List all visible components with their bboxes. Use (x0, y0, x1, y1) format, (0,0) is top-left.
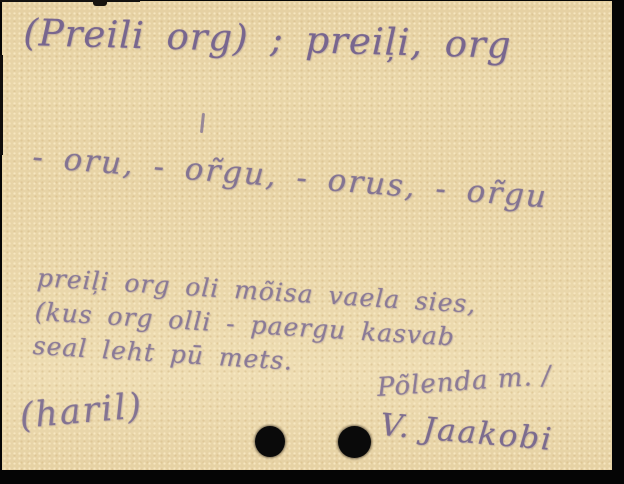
scanned-card: (Preili org) ; preiļi, org - oru, - or̃g… (0, 0, 624, 484)
punch-hole-right (338, 426, 371, 458)
card-heading-placename: (Preili org) ; preiļi, org (23, 11, 512, 67)
scan-edge-artifact (93, 0, 107, 6)
index-card-paper: (Preili org) ; preiļi, org - oru, - or̃g… (2, 1, 612, 470)
inflection-forms-line: - oru, - or̃gu, - orus, - or̃gu (31, 139, 549, 215)
punch-hole-left (255, 426, 285, 457)
scan-edge-artifact (0, 0, 140, 2)
qualifier-note: (haril) (18, 386, 145, 437)
tick-mark-stroke (200, 113, 205, 133)
scan-edge-artifact (0, 55, 3, 155)
collector-signature: V. Jaakobi (379, 407, 555, 458)
